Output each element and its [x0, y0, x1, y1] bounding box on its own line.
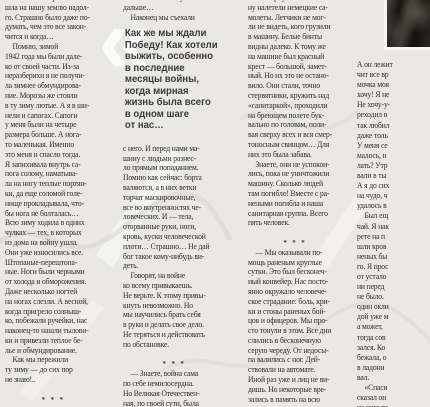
- text-line: ный. Но их это не остано-: [248, 71, 342, 81]
- text-line: у меня были на четыре: [5, 120, 102, 130]
- text-line: месяцы войны,: [125, 74, 225, 86]
- text-line: дишь. Но некоторые вре-: [248, 385, 342, 395]
- text-line: пять человек.: [248, 218, 342, 228]
- text-line: бог такое кому-нибудь ви-: [123, 252, 225, 262]
- text-line: «Спаси: [357, 383, 425, 393]
- text-line: Они уже износились все.: [5, 248, 102, 258]
- text-line: Помню, зимой: [5, 42, 102, 52]
- text-line: деть.: [123, 261, 225, 271]
- text-line: Не хочу-у-: [357, 100, 425, 110]
- text-line: ко всему привыкаешь.: [123, 281, 225, 291]
- text-line: сутки. Это был бесконеч-: [248, 267, 342, 277]
- text-line: ствовали на автомате.: [248, 365, 342, 375]
- text-line: Был ещ: [357, 211, 425, 221]
- text-line: когда пригрело солныш-: [5, 307, 102, 317]
- text-line: реходил в: [357, 110, 425, 120]
- text-line: го. Я прос: [357, 262, 425, 272]
- text-line: янно окружало человече-: [248, 287, 342, 297]
- text-line: тогда сов: [357, 333, 425, 343]
- text-line: на ногах слезли. А весной,: [5, 297, 102, 307]
- text-line: так любил: [357, 121, 425, 131]
- text-line: А я до сих: [357, 181, 425, 191]
- text-line: в ту зиму лютые. А я в ши-: [5, 101, 102, 111]
- text-line: удалось в: [357, 201, 425, 211]
- text-line: ну налетели немецкие са-: [248, 3, 342, 13]
- text-line: ко, побежали ручейки, нас: [5, 316, 102, 326]
- text-line: плоти… Страшно… Не дай: [123, 242, 225, 252]
- newspaper-page: « что война эта при-шла на нашу землю на…: [0, 0, 430, 407]
- text-line: зался. Ко: [357, 343, 425, 353]
- text-line: малось, н: [357, 151, 425, 161]
- text-line: на ноге та: [357, 403, 425, 407]
- text-line: чится и когда…: [5, 32, 102, 42]
- text-line: Всю зиму ходила в одних: [5, 218, 102, 228]
- text-line: ли не видеть, кого грузили: [248, 22, 342, 32]
- text-line: мы научились брать себя: [123, 310, 225, 320]
- text-line: шла на нашу землю надол-: [5, 3, 102, 13]
- text-line: «санитаркой», проходили: [248, 101, 342, 111]
- text-column-3: в санитарную маши-ну налетели немецкие с…: [248, 0, 342, 404]
- text-line: лать? Утр: [357, 161, 425, 171]
- text-line: на бреющем полете бук-: [248, 111, 342, 121]
- text-line: нели и сапогах. Сапоги: [5, 111, 102, 121]
- text-line: Иной раз уже и лиц не ви-: [248, 375, 342, 385]
- text-line: дальше…: [123, 3, 225, 13]
- text-line: вально по головам, поли-: [248, 120, 342, 130]
- text-line: то маленькая. Именно: [5, 140, 102, 150]
- text-line: сто тонули в этом. Все дни: [248, 326, 342, 336]
- text-line: вали в ты: [357, 171, 425, 181]
- text-line: Победу! Как хотели: [125, 40, 225, 52]
- text-line: размера больше. А нога-: [5, 130, 102, 140]
- text-line: лись, пока не уничтожили: [248, 169, 342, 179]
- text-line: вая сверху всех и вся смер-: [248, 130, 342, 140]
- text-line: Как мы пережили: [5, 355, 102, 365]
- text-line: ки и привезли теплое бе-: [5, 336, 102, 346]
- column2-body: с него. И перед нами ма-шину с людьми ра…: [123, 144, 225, 407]
- text-line: цов и офицеров. Мы про-: [248, 316, 342, 326]
- column2-intro: и поехали по мостудальше… Наконец мы съе…: [123, 0, 225, 22]
- text-line: бы нога не болталась…: [5, 209, 102, 219]
- text-line: из дома на войну ушла.: [5, 238, 102, 248]
- text-line: там погибло! Вместе с ра-: [248, 189, 342, 199]
- text-line: стервятники, кружить над: [248, 91, 342, 101]
- text-line: рете на п: [357, 232, 425, 242]
- text-line: лье и обмундирование.: [5, 346, 102, 356]
- text-line: — Мы оказывали по-: [248, 248, 342, 258]
- text-line: думать, чем это все закон-: [5, 22, 102, 32]
- archival-photo: [384, 0, 430, 50]
- text-line: шли кров: [357, 242, 425, 252]
- text-line: чай. Я нак: [357, 222, 425, 232]
- text-line: пога солому, наматыва-: [5, 169, 102, 179]
- text-column-2: и поехали по мостудальше… Наконец мы съе…: [123, 0, 225, 407]
- text-line: в машину. Белые бинты: [248, 32, 342, 42]
- text-line: ная, по своей сути, была: [123, 399, 225, 407]
- text-line: 1942 года мы были дале-: [5, 52, 102, 62]
- text-line: не было.: [357, 292, 425, 302]
- text-line: Но Великая Отечествен-: [123, 389, 225, 399]
- text-line: Помню как сейчас: борта: [123, 173, 225, 183]
- text-line: оторванные руки, ноги,: [123, 222, 225, 232]
- text-line: в ладони: [357, 363, 425, 373]
- text-line: ловеческих. И — тела,: [123, 212, 225, 222]
- text-line: все во внутренностях че-: [123, 203, 225, 213]
- text-line: бежала, о: [357, 353, 425, 363]
- text-line: ние. Морозы же стояли: [5, 91, 102, 101]
- text-line: Как же мы ждали: [125, 28, 225, 40]
- text-line: кнуть невозможно. Но: [123, 301, 225, 311]
- text-line: а может,: [357, 322, 425, 332]
- text-line: крест — большой, замет-: [248, 62, 342, 72]
- text-line: ко от своей части. Из-за: [5, 62, 102, 72]
- text-line: Не верьте. К этому привы-: [123, 291, 225, 301]
- text-line: — Знаете, война сама: [123, 369, 225, 379]
- text-line: жизнь была всего: [125, 97, 225, 109]
- text-line: ское страдание: боль, кри-: [248, 297, 342, 307]
- text-line: слились в бесконечную: [248, 336, 342, 346]
- text-line: чулках — тех, в которых: [5, 228, 102, 238]
- text-line: на чудо, ч: [357, 191, 425, 201]
- text-line: чит все вр: [357, 70, 425, 80]
- text-line: неных бы: [357, 252, 425, 262]
- text-line: А он лежит: [357, 60, 425, 70]
- text-line: го. Страшно было даже по-: [5, 13, 102, 23]
- text-line: по обстановке.: [123, 340, 225, 350]
- text-line: них это была забава.: [248, 150, 342, 160]
- text-line: в последние: [125, 63, 225, 75]
- text-line: молеты. Летчики не мог-: [248, 13, 342, 23]
- text-line: это меня и спасло тогда.: [5, 150, 102, 160]
- text-line: на машине был красный: [248, 52, 342, 62]
- text-line: Штопаные-перештопа-: [5, 258, 102, 268]
- text-line: ный конвейер. Нас посто-: [248, 277, 342, 287]
- text-line: в руки и делать свое дело.: [123, 320, 225, 330]
- text-line: дой уже м: [357, 312, 425, 322]
- text-line: хочу! Я не: [357, 90, 425, 100]
- text-line: вило. Они стали, точно: [248, 81, 342, 91]
- text-line: валяются, а в них ветки: [123, 183, 225, 193]
- text-line: неразберихи я не получи-: [5, 71, 102, 81]
- text-line: нище прокладывала, что-: [5, 199, 102, 209]
- text-line: с него. И перед нами ма-: [123, 144, 225, 154]
- text-line: ла зимнее обмундирова-: [5, 81, 102, 91]
- text-line: по себе немилосердна.: [123, 379, 225, 389]
- text-line: [248, 228, 342, 238]
- section-separator: * * *: [248, 238, 342, 248]
- text-line: вал.: [357, 373, 425, 383]
- text-line: ки, да еще соломой голе-: [5, 189, 102, 199]
- text-line: ту зиму — до сих пор: [5, 365, 102, 375]
- text-line: ки и стоны раненых бой-: [248, 307, 342, 317]
- text-line: сказал он: [357, 393, 425, 403]
- text-line: Даже несколько ногтей: [5, 287, 102, 297]
- text-line: [5, 385, 102, 395]
- text-line: от холода и обморожения.: [5, 277, 102, 287]
- text-line: шину с людьми разнес-: [123, 154, 225, 164]
- text-line: санитарная группа. Всего: [248, 209, 342, 219]
- text-line: даже толь: [357, 131, 425, 141]
- text-line: па валились с ног. Дей-: [248, 355, 342, 365]
- text-line: ло прямым попаданием.: [123, 163, 225, 173]
- text-line: У меня се: [357, 141, 425, 151]
- text-line: ни перед: [357, 282, 425, 292]
- section-separator: * * *: [5, 395, 102, 405]
- text-line: когда мирная: [125, 86, 225, 98]
- text-line: Я запихивала внутрь са-: [5, 160, 102, 170]
- text-line: серую череду. От недосы-: [248, 346, 342, 356]
- text-line: мощь раненым круглые: [248, 258, 342, 268]
- text-line: тоносным свинцом… Для: [248, 140, 342, 150]
- pull-quote: Как же мы ждалиПобеду! Как хотеливыжить,…: [125, 28, 225, 132]
- text-column-4: А он лежитчит все врмочка мояхочу! Я неН…: [357, 60, 425, 407]
- text-line: не знаю!..: [5, 375, 102, 385]
- text-line: от устало: [357, 272, 425, 282]
- text-line: наконец-то нашли тылови-: [5, 326, 102, 336]
- text-line: неными погибла и наша: [248, 199, 342, 209]
- text-line: зались в память на всю: [248, 395, 342, 405]
- text-line: Знаете, они не успокои-: [248, 160, 342, 170]
- text-line: Говорят, на войне: [123, 271, 225, 281]
- text-line: в одном шаге: [125, 109, 225, 121]
- text-line: торчат маскировочные,: [123, 193, 225, 203]
- text-line: видны далеко. К тому же: [248, 42, 342, 52]
- text-line: мочка моя: [357, 80, 425, 90]
- text-line: [123, 350, 225, 360]
- text-line: один окли: [357, 302, 425, 312]
- section-separator: * * *: [123, 359, 225, 369]
- text-line: ные. Ноги были черными: [5, 267, 102, 277]
- text-line: Наконец мы съехали: [123, 13, 225, 23]
- text-line: ла на ногу теплые портян-: [5, 179, 102, 189]
- text-line: от нас…: [125, 120, 225, 132]
- text-line: выжить, особенно: [125, 51, 225, 63]
- text-column-1: что война эта при-шла на нашу землю надо…: [5, 0, 102, 404]
- text-line: кровь, куски человеческой: [123, 232, 225, 242]
- text-line: машину. Сколько людей: [248, 179, 342, 189]
- text-line: Не теряться и действовать: [123, 330, 225, 340]
